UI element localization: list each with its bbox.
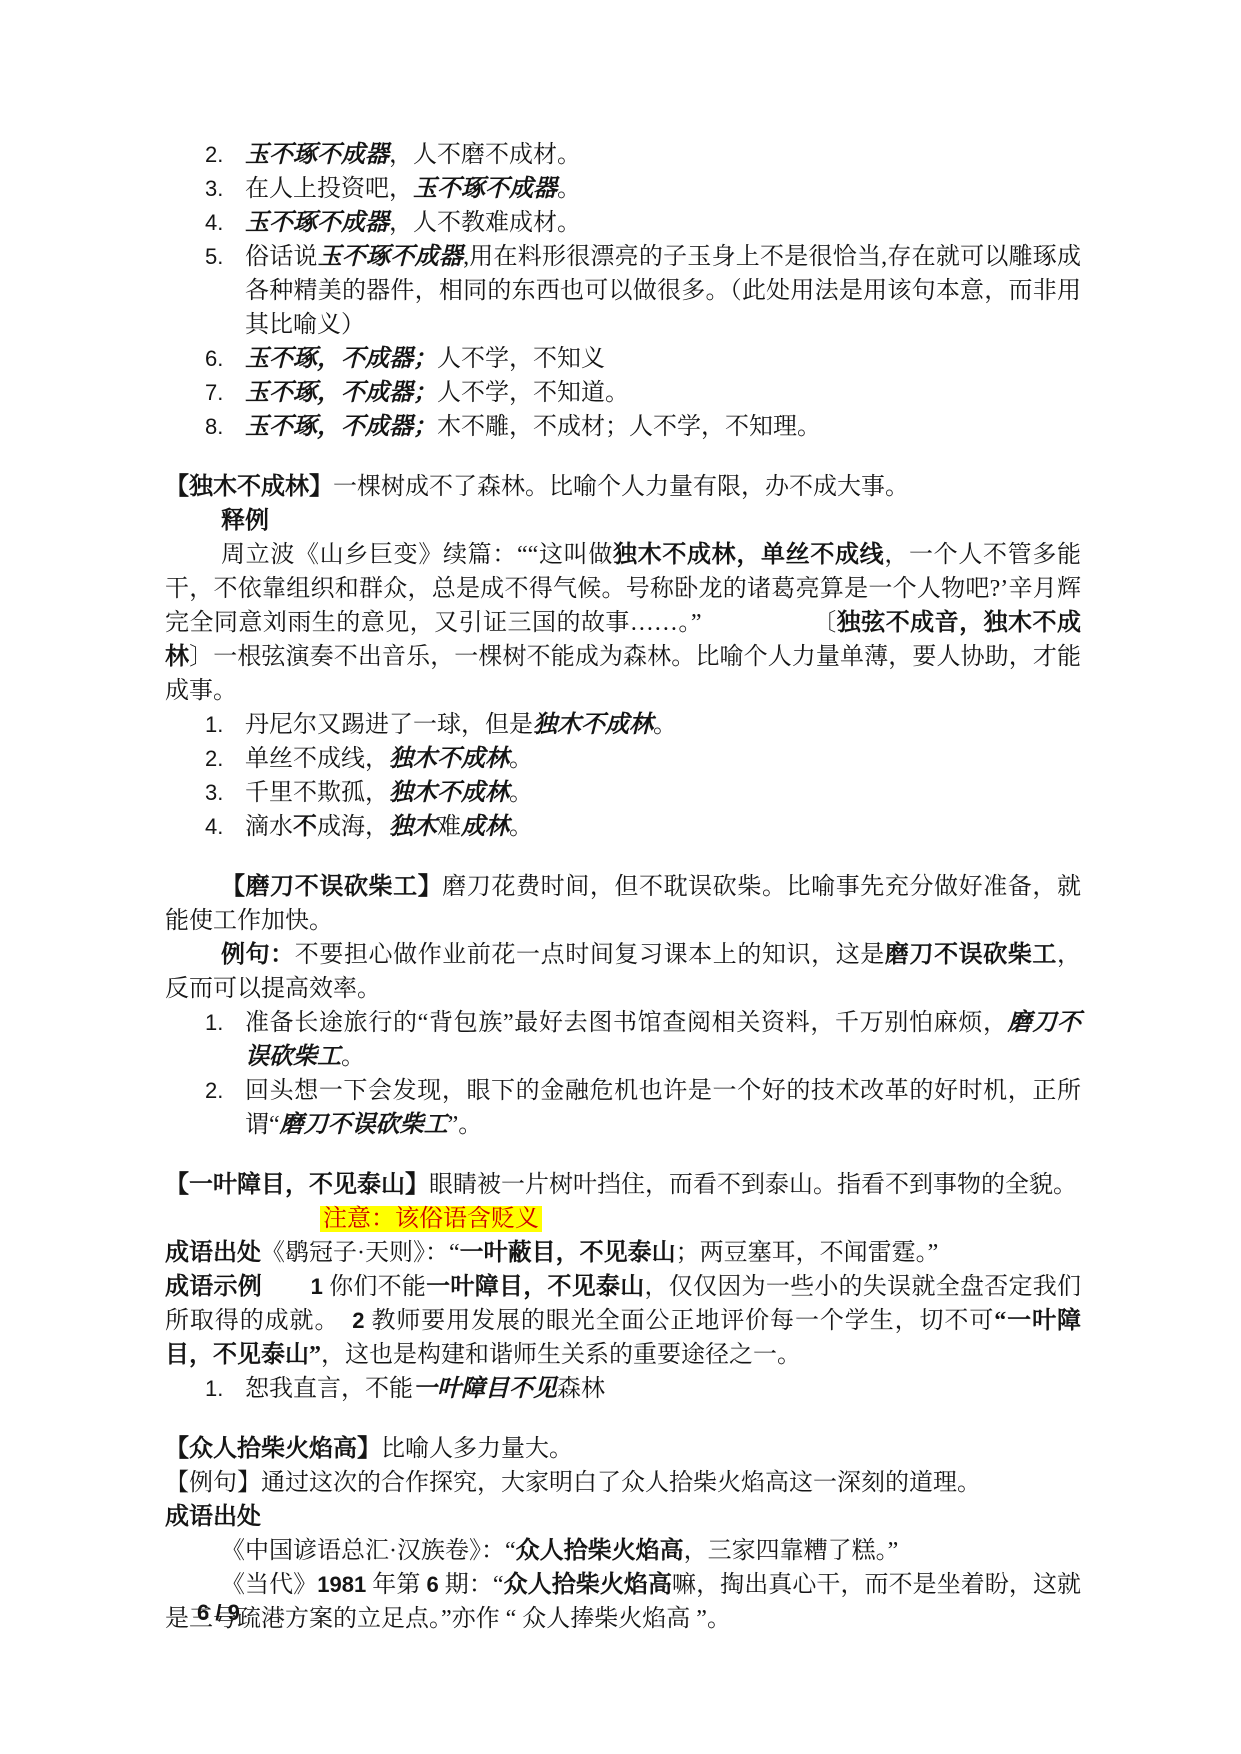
text-run: 独木 bbox=[389, 814, 437, 840]
text-run: 〕一根弦演奏不出音乐，一棵树不能成为森林。比喻个人力量单薄，要人协助，才能成事。 bbox=[165, 644, 1081, 704]
paragraph: 例句：不要担心做作业前花一点时间复习课本上的知识，这是磨刀不误砍柴工，反而可以提… bbox=[165, 938, 1081, 1006]
text-run: 成林 bbox=[461, 814, 509, 840]
list-number: 6. bbox=[205, 342, 245, 376]
text-run: 独木不成林 bbox=[389, 746, 509, 772]
text-run: 在人上投资吧， bbox=[245, 176, 413, 202]
list-item: 2.单丝不成线，独木不成林。 bbox=[205, 742, 1081, 776]
text-run: 俗话说 bbox=[245, 244, 318, 270]
list-item: 4.滴水不成海，独木难成林。 bbox=[205, 810, 1081, 844]
list-number: 1. bbox=[205, 1372, 245, 1406]
list-item: 1.准备长途旅行的“背包族”最好去图书馆查阅相关资料，千万别怕麻烦，磨刀不误砍柴… bbox=[205, 1006, 1081, 1074]
list-number: 4. bbox=[205, 810, 245, 844]
text-run: 眼睛被一片树叶挡住，而看不到泰山。指看不到事物的全貌。 bbox=[429, 1172, 1077, 1198]
text-run: 滴水 bbox=[245, 814, 293, 840]
text-run: 丹尼尔又踢进了一球，但是 bbox=[245, 712, 533, 738]
text-run: 【例句】通过这次的合作探究，大家明白了众人拾柴火焰高这一深刻的道理。 bbox=[165, 1470, 981, 1496]
text-run: ，人不教难成材。 bbox=[389, 210, 581, 236]
section-heading-yiyezhangmu: 【一叶障目，不见泰山】眼睛被一片树叶挡住，而看不到泰山。指看不到事物的全貌。 bbox=[165, 1168, 1081, 1202]
text-run: 玉不琢不成器 bbox=[245, 210, 389, 236]
section-heading-zhongren: 【众人拾柴火焰高】比喻人多力量大。 bbox=[165, 1432, 1081, 1466]
text-run: 【一叶障目，不见泰山】 bbox=[165, 1172, 429, 1198]
text-run: 玉不琢不成器 bbox=[413, 176, 557, 202]
text-run: 例句： bbox=[221, 942, 295, 968]
text-run: 。 bbox=[509, 780, 533, 806]
list-item: 7.玉不琢，不成器；人不学，不知道。 bbox=[205, 376, 1081, 410]
text-run: 你们不能 bbox=[323, 1274, 426, 1300]
text-run: 众人拾柴火焰高 bbox=[504, 1572, 673, 1598]
text-run: ，三家四靠糟了糕。” bbox=[684, 1538, 899, 1564]
text-run: 【众人拾柴火焰高】 bbox=[165, 1436, 381, 1462]
paragraph: 《中国谚语总汇·汉族卷》：“众人拾柴火焰高，三家四靠糟了糕。” bbox=[165, 1534, 1081, 1568]
text-run: 独木不成林 bbox=[533, 712, 653, 738]
document-page: 2.玉不琢不成器，人不磨不成材。3.在人上投资吧，玉不琢不成器。4.玉不琢不成器… bbox=[0, 0, 1241, 1754]
text-run: 玉不琢不成器 bbox=[318, 244, 463, 270]
section-heading-modao: 【磨刀不误砍柴工】磨刀花费时间，但不耽误砍柴。比喻事先充分做好准备，就能使工作加… bbox=[165, 870, 1081, 938]
list-number: 1. bbox=[205, 1006, 245, 1074]
text-run: 不 bbox=[293, 814, 317, 840]
text-run: 准备长途旅行的“背包族”最好去图书馆查阅相关资料，千万别怕麻烦， bbox=[245, 1010, 1008, 1036]
list-number: 2. bbox=[205, 1074, 245, 1142]
paragraph: 《当代》1981 年第 6 期：“众人拾柴火焰高嘛，掏出真心干，而不是坐着盼，这… bbox=[165, 1568, 1081, 1636]
text-run: 千里不欺孤， bbox=[245, 780, 389, 806]
note-highlight: 注意：该俗语含贬义 bbox=[320, 1206, 542, 1232]
paragraph: 周立波《山乡巨变》续篇：““这叫做独木不成林，单丝不成线，一个人不管多能干，不依… bbox=[165, 538, 1081, 708]
list-item-text: 玉不琢，不成器；人不学，不知义 bbox=[245, 342, 1081, 376]
text-run: 《当代》 bbox=[221, 1572, 317, 1598]
text-run: 1 bbox=[311, 1274, 323, 1299]
list-item-text: 玉不琢，不成器；木不雕，不成材；人不学，不知理。 bbox=[245, 410, 1081, 444]
list-number: 3. bbox=[205, 172, 245, 206]
text-run: 森林 bbox=[557, 1376, 605, 1402]
text-run: 木不雕，不成材；人不学，不知理。 bbox=[437, 414, 821, 440]
list-item-text: 俗话说玉不琢不成器,用在料形很漂亮的子玉身上不是很恰当,存在就可以雕琢成各种精美… bbox=[245, 240, 1081, 342]
text-run: 玉不琢，不成器； bbox=[245, 380, 437, 406]
text-run: 成语示例 bbox=[165, 1274, 262, 1300]
text-run: 6 bbox=[426, 1572, 438, 1597]
list-item: 6.玉不琢，不成器；人不学，不知义 bbox=[205, 342, 1081, 376]
text-run: 成语出处 bbox=[165, 1240, 261, 1266]
list-item-text: 丹尼尔又踢进了一球，但是独木不成林。 bbox=[245, 708, 1081, 742]
list-item-text: 玉不琢，不成器；人不学，不知道。 bbox=[245, 376, 1081, 410]
text-run: 独木不成林，单丝不成线 bbox=[613, 542, 884, 568]
text-run: 磨刀不误砍柴工 bbox=[885, 942, 1057, 968]
text-run: 教师要用发展的眼光全面公正地评价每一个学生，切不可 bbox=[365, 1308, 995, 1334]
list-item-text: 玉不琢不成器，人不教难成材。 bbox=[245, 206, 1081, 240]
list-item: 1.恕我直言，不能一叶障目不见森林 bbox=[205, 1372, 1081, 1406]
document-body: 2.玉不琢不成器，人不磨不成材。3.在人上投资吧，玉不琢不成器。4.玉不琢不成器… bbox=[165, 138, 1081, 1636]
text-run: 2 bbox=[352, 1308, 364, 1333]
page-number: 6 / 9 bbox=[197, 1596, 240, 1630]
text-run: 磨刀不误砍柴工 bbox=[280, 1112, 448, 1138]
text-run: 单丝不成线， bbox=[245, 746, 389, 772]
list-item-text: 玉不琢不成器，人不磨不成材。 bbox=[245, 138, 1081, 172]
text-run: 周立波《山乡巨变》续篇：““这叫做 bbox=[221, 542, 613, 568]
text-run: 成海， bbox=[317, 814, 389, 840]
paragraph: 释例 bbox=[165, 504, 1081, 538]
text-run: 。 bbox=[509, 746, 533, 772]
text-run: 玉不琢，不成器； bbox=[245, 346, 437, 372]
paragraph: 成语示例 1 你们不能一叶障目，不见泰山，仅仅因为一些小的失误就全盘否定我们所取… bbox=[165, 1270, 1081, 1372]
text-run bbox=[262, 1274, 311, 1300]
text-run: 人不学，不知义 bbox=[437, 346, 605, 372]
text-run: 人不学，不知道。 bbox=[437, 380, 629, 406]
text-run: 。 bbox=[557, 176, 581, 202]
list-item: 2.回头想一下会发现，眼下的金融危机也许是一个好的技术改革的好时机，正所谓“磨刀… bbox=[205, 1074, 1081, 1142]
paragraph: 成语出处 bbox=[165, 1500, 1081, 1534]
text-run: ”。 bbox=[448, 1112, 483, 1138]
list-item-text: 恕我直言，不能一叶障目不见森林 bbox=[245, 1372, 1081, 1406]
text-run: 一叶蔽目，不见泰山 bbox=[460, 1240, 676, 1266]
text-run: 成语出处 bbox=[165, 1504, 261, 1530]
list-item-text: 准备长途旅行的“背包族”最好去图书馆查阅相关资料，千万别怕麻烦，磨刀不误砍柴工。 bbox=[245, 1006, 1081, 1074]
text-run: ，这也是构建和谐师生关系的重要途径之一。 bbox=[321, 1342, 801, 1368]
list-number: 2. bbox=[205, 742, 245, 776]
text-run: 难 bbox=[437, 814, 461, 840]
text-run: 恕我直言，不能 bbox=[245, 1376, 413, 1402]
text-run: 《鹖冠子·天则》：“ bbox=[261, 1240, 460, 1266]
list-number: 4. bbox=[205, 206, 245, 240]
text-run: 《中国谚语总汇·汉族卷》：“ bbox=[221, 1538, 516, 1564]
text-run: 。 bbox=[341, 1044, 365, 1070]
list-item: 4.玉不琢不成器，人不教难成材。 bbox=[205, 206, 1081, 240]
text-run: ，人不磨不成材。 bbox=[389, 142, 581, 168]
text-run: 独木不成林 bbox=[389, 780, 509, 806]
list-number: 2. bbox=[205, 138, 245, 172]
text-run: 。 bbox=[509, 814, 533, 840]
list-item: 5.俗话说玉不琢不成器,用在料形很漂亮的子玉身上不是很恰当,存在就可以雕琢成各种… bbox=[205, 240, 1081, 342]
paragraph: 【例句】通过这次的合作探究，大家明白了众人拾柴火焰高这一深刻的道理。 bbox=[165, 1466, 1081, 1500]
list-number: 8. bbox=[205, 410, 245, 444]
text-run: 一叶障目，不见泰山 bbox=[426, 1274, 644, 1300]
text-run: 不要担心做作业前花一点时间复习课本上的知识，这是 bbox=[295, 942, 885, 968]
text-run: 一叶障目不见 bbox=[413, 1376, 557, 1402]
text-run: 比喻人多力量大。 bbox=[381, 1436, 573, 1462]
list-item-text: 在人上投资吧，玉不琢不成器。 bbox=[245, 172, 1081, 206]
list-item-text: 千里不欺孤，独木不成林。 bbox=[245, 776, 1081, 810]
list-number: 5. bbox=[205, 240, 245, 342]
text-run: 玉不琢，不成器； bbox=[245, 414, 437, 440]
list-item-text: 回头想一下会发现，眼下的金融危机也许是一个好的技术改革的好时机，正所谓“磨刀不误… bbox=[245, 1074, 1081, 1142]
text-run: 。 bbox=[653, 712, 677, 738]
list-item: 2.玉不琢不成器，人不磨不成材。 bbox=[205, 138, 1081, 172]
list-item-text: 单丝不成线，独木不成林。 bbox=[245, 742, 1081, 776]
list-item: 3.在人上投资吧，玉不琢不成器。 bbox=[205, 172, 1081, 206]
text-run: 众人拾柴火焰高 bbox=[516, 1538, 684, 1564]
list-number: 1. bbox=[205, 708, 245, 742]
list-item-text: 滴水不成海，独木难成林。 bbox=[245, 810, 1081, 844]
list-item: 3.千里不欺孤，独木不成林。 bbox=[205, 776, 1081, 810]
note-line: 注意：该俗语含贬义 bbox=[320, 1202, 1081, 1236]
text-run: 释例 bbox=[221, 508, 269, 534]
text-run: ；两豆塞耳，不闻雷霆。” bbox=[676, 1240, 939, 1266]
paragraph: 成语出处《鹖冠子·天则》：“一叶蔽目，不见泰山；两豆塞耳，不闻雷霆。” bbox=[165, 1236, 1081, 1270]
list-number: 7. bbox=[205, 376, 245, 410]
text-run: 【磨刀不误砍柴工】 bbox=[221, 874, 442, 900]
text-run: 玉不琢不成器 bbox=[245, 142, 389, 168]
text-run: 一棵树成不了森林。比喻个人力量有限，办不成大事。 bbox=[333, 474, 909, 500]
text-run: 年第 bbox=[366, 1572, 426, 1598]
list-item: 8.玉不琢，不成器；木不雕，不成材；人不学，不知理。 bbox=[205, 410, 1081, 444]
text-run: 1981 bbox=[317, 1572, 366, 1597]
text-run: 【独木不成林】 bbox=[165, 474, 333, 500]
text-run: 期：“ bbox=[439, 1572, 504, 1598]
list-number: 3. bbox=[205, 776, 245, 810]
list-item: 1.丹尼尔又踢进了一球，但是独木不成林。 bbox=[205, 708, 1081, 742]
section-heading-dumubuchenglin: 【独木不成林】一棵树成不了森林。比喻个人力量有限，办不成大事。 bbox=[165, 470, 1081, 504]
